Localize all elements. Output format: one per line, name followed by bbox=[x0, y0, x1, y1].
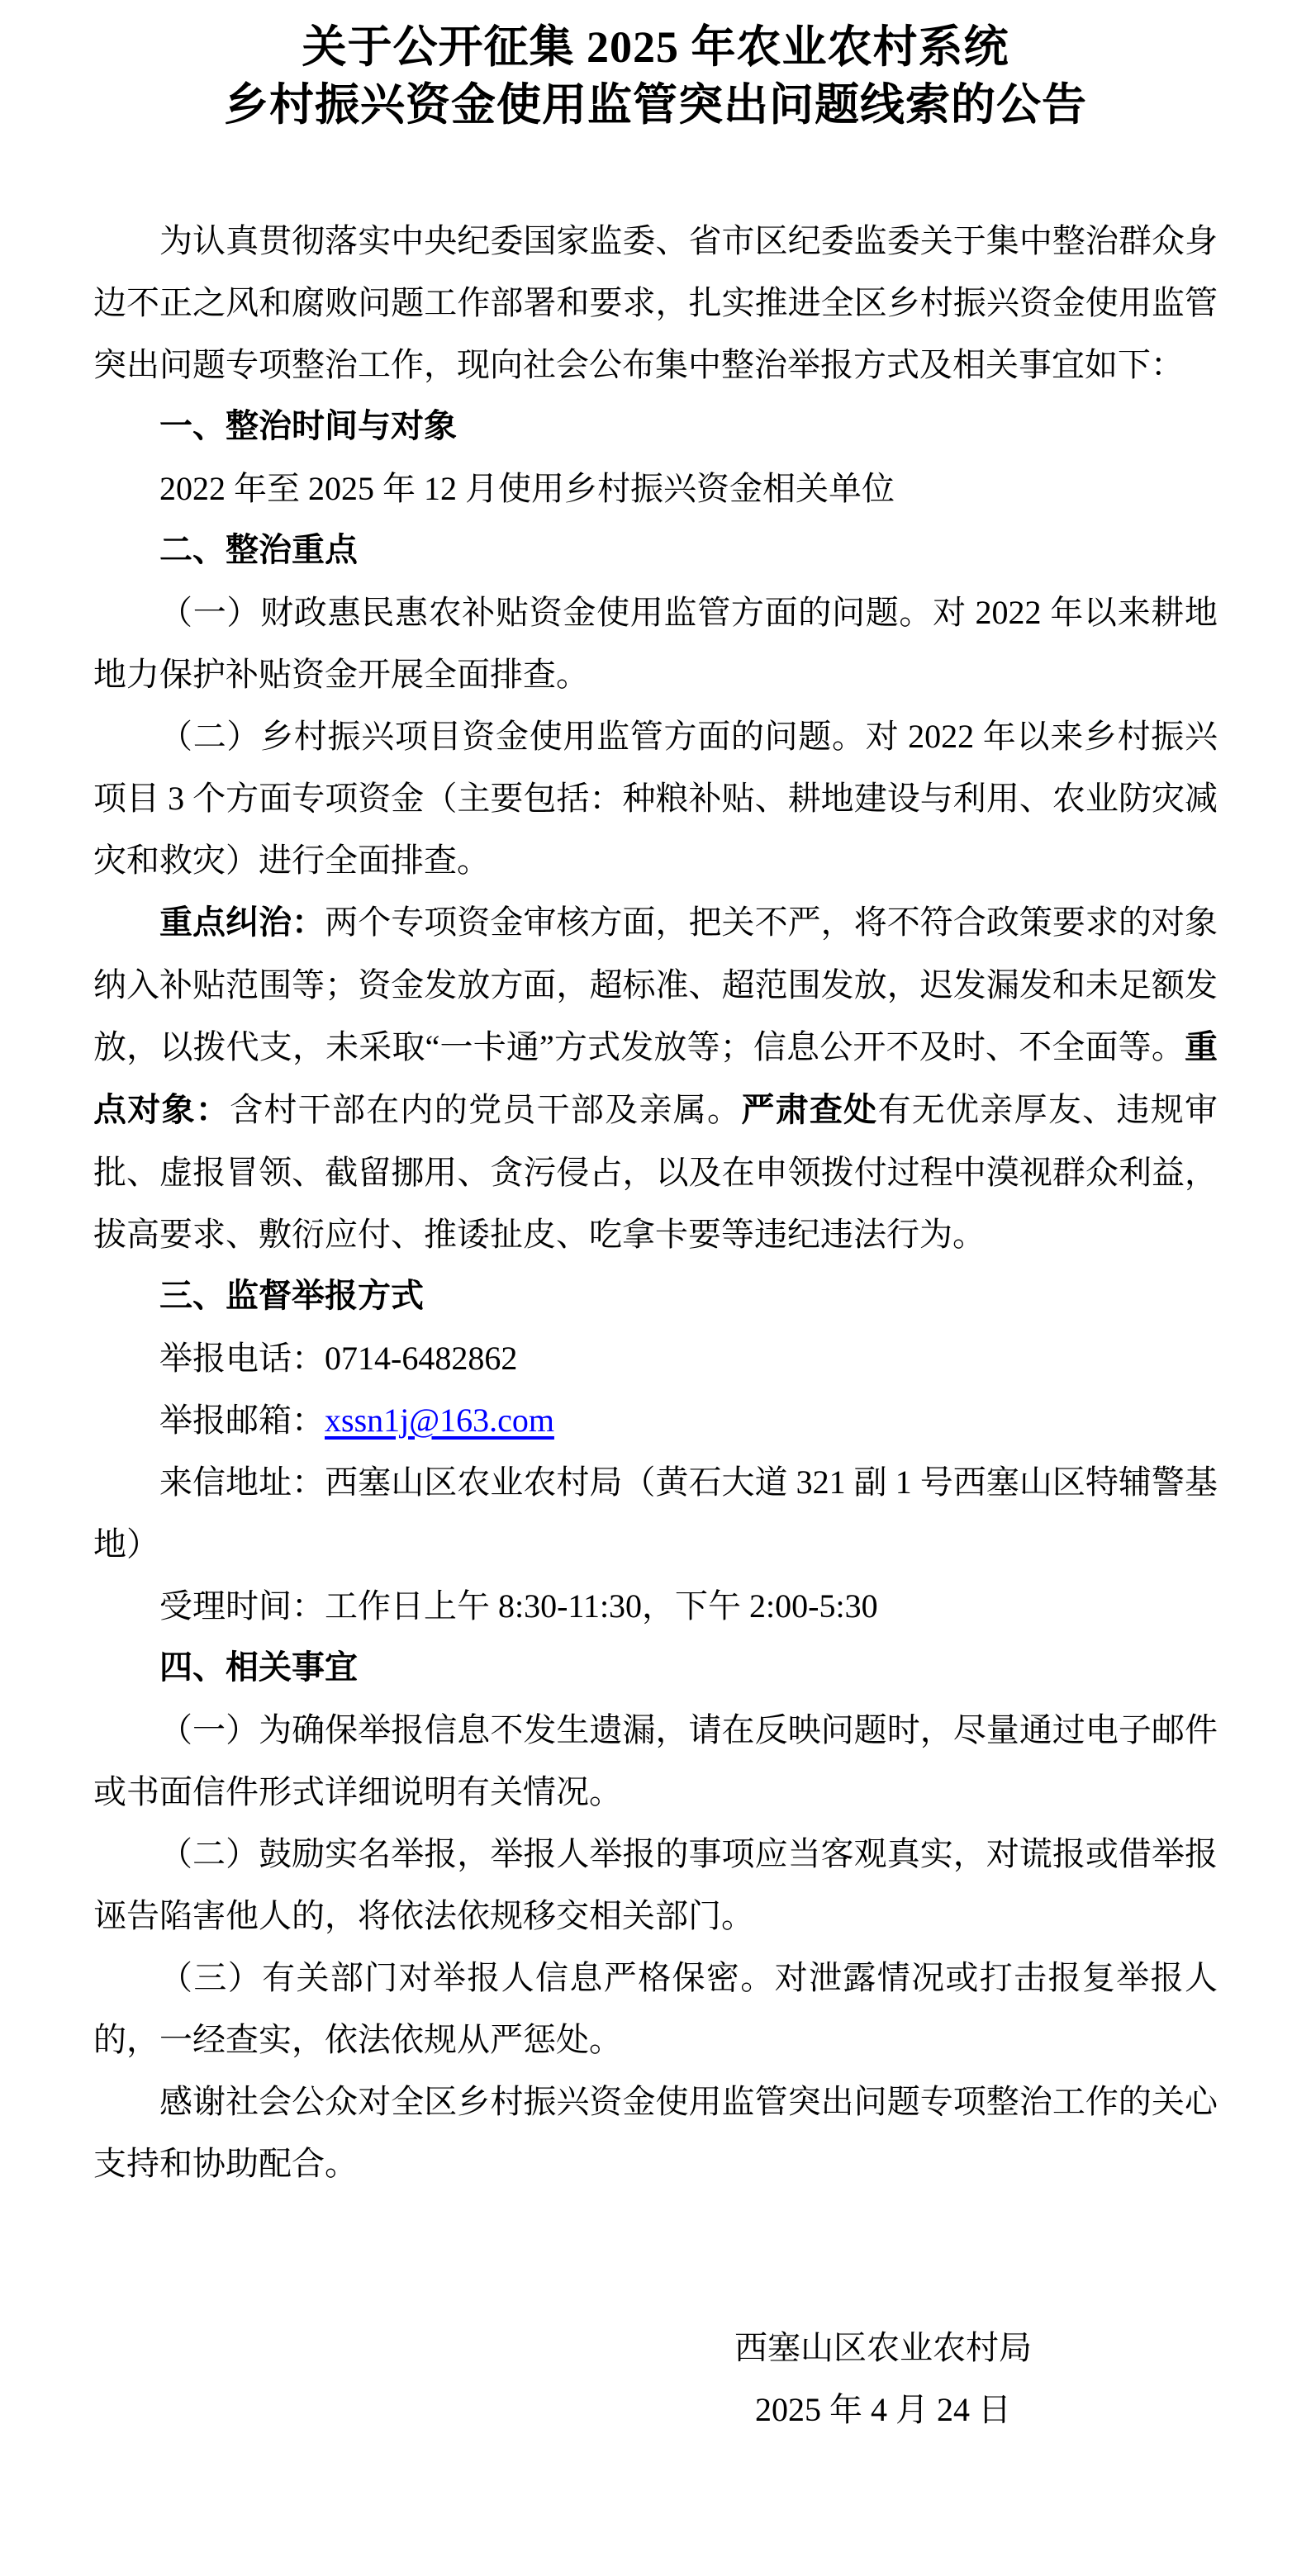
paragraph: （一）财政惠民惠农补贴资金使用监管方面的问题。对 2022 年以来耕地地力保护补… bbox=[93, 581, 1218, 705]
signature-org: 西塞山区农业农村局 bbox=[734, 2317, 1032, 2379]
email-link[interactable]: xssn1j@163.com bbox=[325, 1402, 554, 1439]
text-run: （二）鼓励实名举报，举报人举报的事项应当客观真实，对谎报或借举报诬告陷害他人的，… bbox=[93, 1835, 1218, 1934]
title-line-1: 关于公开征集 2025 年农业农村系统 bbox=[93, 18, 1218, 76]
bold-run: 二、整治重点 bbox=[159, 532, 358, 568]
text-run: 感谢社会公众对全区乡村振兴资金使用监管突出问题专项整治工作的关心支持和协助配合。 bbox=[93, 2083, 1218, 2182]
section-heading: 三、监督举报方式 bbox=[93, 1265, 1218, 1327]
section-heading: 一、整治时间与对象 bbox=[93, 396, 1218, 458]
section-heading: 四、相关事宜 bbox=[93, 1637, 1218, 1699]
signature-inner: 西塞山区农业农村局 2025 年 4 月 24 日 bbox=[734, 2317, 1032, 2441]
text-run: 举报电话：0714-6482862 bbox=[159, 1340, 517, 1377]
text-run: 2022 年至 2025 年 12 月使用乡村振兴资金相关单位 bbox=[159, 470, 895, 507]
paragraph: 感谢社会公众对全区乡村振兴资金使用监管突出问题专项整治工作的关心支持和协助配合。 bbox=[93, 2071, 1218, 2194]
signature-date: 2025 年 4 月 24 日 bbox=[734, 2379, 1032, 2441]
text-run: 来信地址：西塞山区农业农村局（黄石大道 321 副 1 号西塞山区特辅警基地） bbox=[93, 1464, 1218, 1563]
bold-run: 一、整治时间与对象 bbox=[159, 408, 457, 444]
bold-run: 四、相关事宜 bbox=[159, 1649, 358, 1686]
document-content: 关于公开征集 2025 年农业农村系统 乡村振兴资金使用监管突出问题线索的公告 … bbox=[0, 0, 1311, 2441]
document-body: 为认真贯彻落实中央纪委国家监委、省市区纪委监委关于集中整治群众身边不正之风和腐败… bbox=[93, 210, 1218, 2194]
text-run: （二）乡村振兴项目资金使用监管方面的问题。对 2022 年以来乡村振兴项目 3 … bbox=[93, 718, 1218, 879]
paragraph: 举报邮箱：xssn1j@163.com bbox=[93, 1389, 1218, 1451]
paragraph: 2022 年至 2025 年 12 月使用乡村振兴资金相关单位 bbox=[93, 458, 1218, 519]
page-title: 关于公开征集 2025 年农业农村系统 乡村振兴资金使用监管突出问题线索的公告 bbox=[93, 18, 1218, 134]
bold-run: 重点纠治： bbox=[159, 904, 325, 941]
paragraph: （三）有关部门对举报人信息严格保密。对泄露情况或打击报复举报人的，一经查实，依法… bbox=[93, 1947, 1218, 2071]
title-line-2: 乡村振兴资金使用监管突出问题线索的公告 bbox=[93, 76, 1218, 134]
paragraph: 重点纠治：两个专项资金审核方面，把关不严，将不符合政策要求的对象纳入补贴范围等；… bbox=[93, 891, 1218, 1265]
text-run: （三）有关部门对举报人信息严格保密。对泄露情况或打击报复举报人的，一经查实，依法… bbox=[93, 1959, 1218, 2058]
paragraph: 来信地址：西塞山区农业农村局（黄石大道 321 副 1 号西塞山区特辅警基地） bbox=[93, 1451, 1218, 1575]
paragraph: 举报电话：0714-6482862 bbox=[93, 1327, 1218, 1389]
paragraph: （二）乡村振兴项目资金使用监管方面的问题。对 2022 年以来乡村振兴项目 3 … bbox=[93, 705, 1218, 891]
signature-block: 西塞山区农业农村局 2025 年 4 月 24 日 bbox=[93, 2317, 1218, 2441]
text-run: 受理时间：工作日上午 8:30-11:30，下午 2:00-5:30 bbox=[159, 1587, 878, 1625]
paragraph: （一）为确保举报信息不发生遗漏，请在反映问题时，尽量通过电子邮件或书面信件形式详… bbox=[93, 1699, 1218, 1823]
paragraph: 为认真贯彻落实中央纪委国家监委、省市区纪委监委关于集中整治群众身边不正之风和腐败… bbox=[93, 210, 1218, 396]
text-run: （一）为确保举报信息不发生遗漏，请在反映问题时，尽量通过电子邮件或书面信件形式详… bbox=[93, 1711, 1218, 1810]
section-heading: 二、整治重点 bbox=[93, 519, 1218, 581]
text-run: 为认真贯彻落实中央纪委国家监委、省市区纪委监委关于集中整治群众身边不正之风和腐败… bbox=[93, 222, 1218, 383]
document-page: 关于公开征集 2025 年农业农村系统 乡村振兴资金使用监管突出问题线索的公告 … bbox=[0, 0, 1311, 2576]
bold-run: 三、监督举报方式 bbox=[159, 1278, 424, 1314]
text-run: （一）财政惠民惠农补贴资金使用监管方面的问题。对 2022 年以来耕地地力保护补… bbox=[93, 594, 1218, 693]
paragraph: 受理时间：工作日上午 8:30-11:30，下午 2:00-5:30 bbox=[93, 1575, 1218, 1637]
text-run: 举报邮箱： bbox=[159, 1402, 325, 1439]
bold-run: 严肃查处 bbox=[741, 1092, 877, 1128]
paragraph: （二）鼓励实名举报，举报人举报的事项应当客观真实，对谎报或借举报诬告陷害他人的，… bbox=[93, 1823, 1218, 1947]
text-run: 含村干部在内的党员干部及亲属。 bbox=[230, 1091, 741, 1128]
